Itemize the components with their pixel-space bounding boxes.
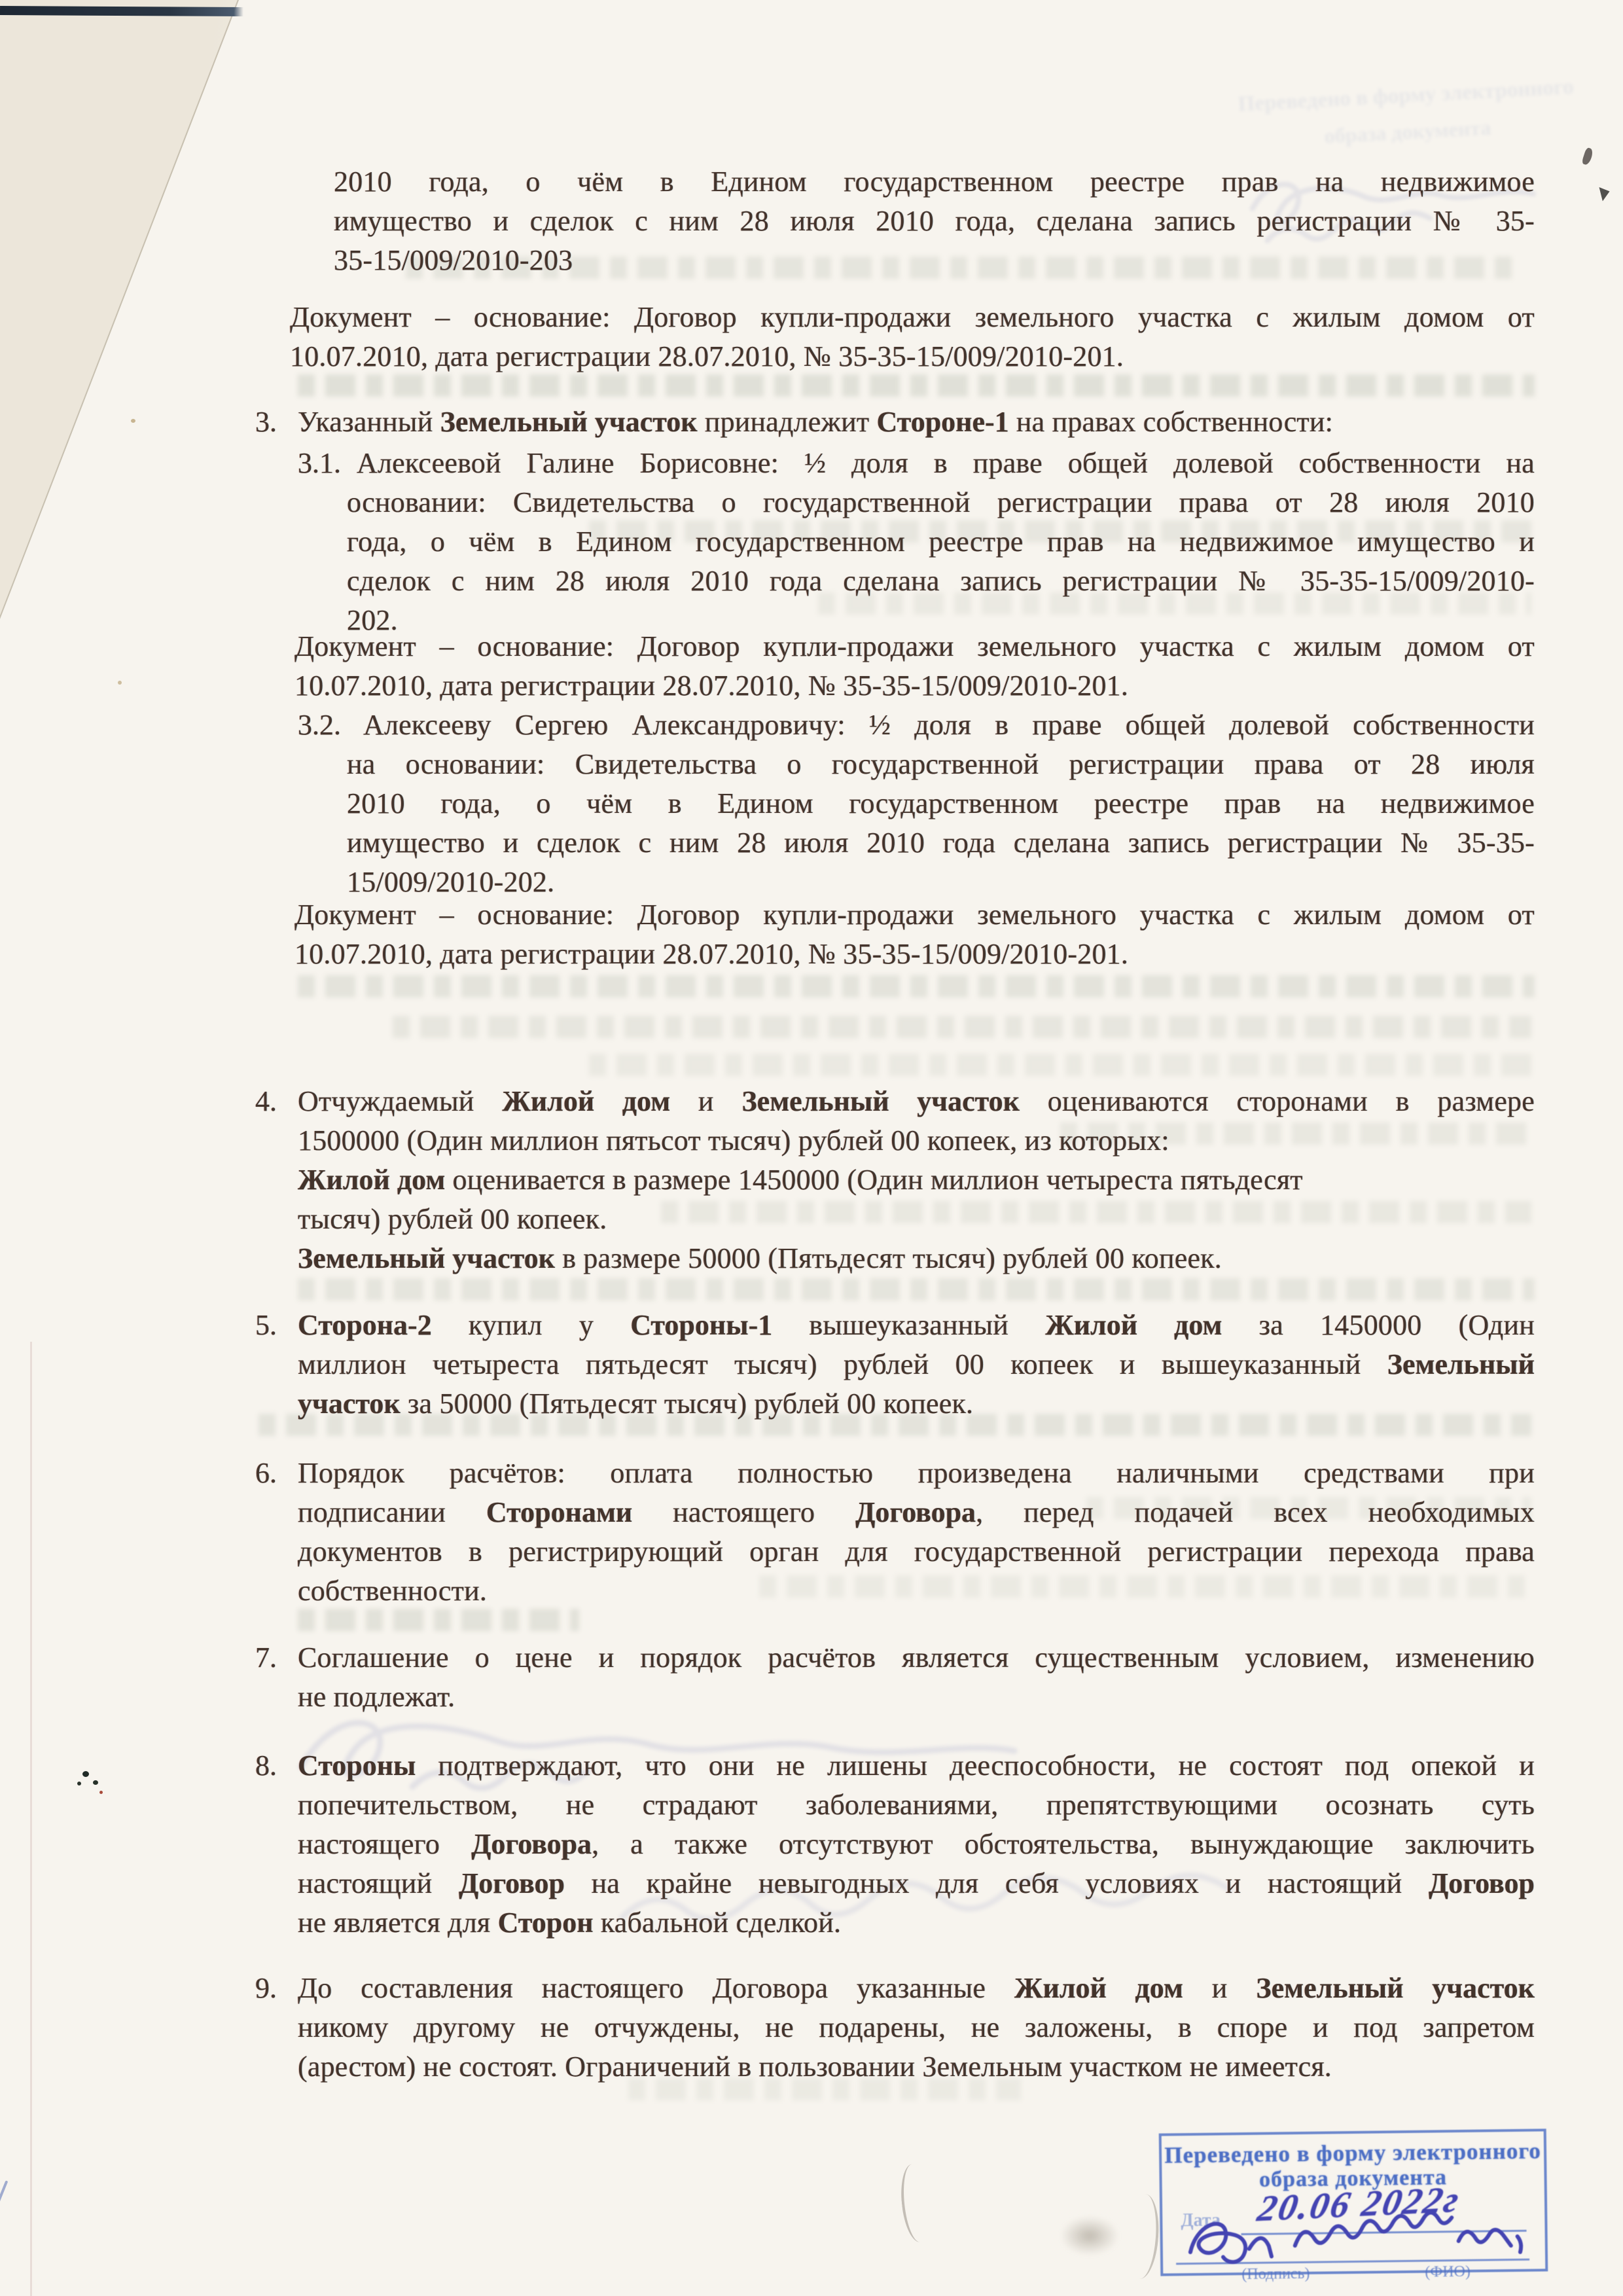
- pencil-paren-mark: [1124, 2193, 1162, 2280]
- text-line: Жилой дом оценивается в размере 1450000 …: [298, 1160, 1535, 1200]
- text-line: Документ – основание: Договор купли-прод…: [294, 627, 1535, 666]
- text-line: года, о чём в Едином государственном рее…: [347, 522, 1535, 562]
- ink-speck: [93, 1780, 98, 1785]
- text-line: настоящего Договора, а также отсутствуют…: [298, 1825, 1535, 1864]
- item-number: 3.2.: [298, 706, 341, 745]
- text-line: До составления настоящего Договора указа…: [298, 1969, 1535, 2008]
- item-number: 6.: [255, 1454, 277, 1493]
- smudge: [1060, 2216, 1119, 2255]
- handwritten-signature-icon: [1170, 2208, 1535, 2267]
- text-line: миллион четыреста пятьдесят тысяч) рубле…: [298, 1345, 1535, 1384]
- scanned-contract-page: Переведено в форму электронного образа д…: [0, 0, 1623, 2296]
- bleed-through-line: [298, 1278, 1535, 1300]
- bleed-through-line: [298, 374, 1535, 397]
- item-number: 5.: [255, 1306, 277, 1345]
- bleed-through-line: [298, 1609, 579, 1631]
- text-line: 1500000 (Один миллион пятьсот тысяч) руб…: [298, 1121, 1535, 1160]
- scanner-background-wedge: [0, 0, 242, 622]
- text-line: никому другому не отчуждены, не подарены…: [298, 2008, 1535, 2047]
- paper-crease: [30, 1342, 32, 2296]
- text-line: Указанный Земельный участок принадлежит …: [298, 403, 1535, 442]
- text-line: не подлежат.: [298, 1677, 1535, 1717]
- item-number: 3.1.: [298, 444, 341, 483]
- text-line: Земельный участок в размере 50000 (Пятьд…: [298, 1239, 1535, 1278]
- ink-speck: [77, 1782, 81, 1785]
- text-line: 10.07.2010, дата регистрации 28.07.2010,…: [294, 935, 1535, 974]
- bleed-through-line: [298, 975, 1535, 997]
- stamp-signature-row: [1171, 2230, 1535, 2267]
- text-line: не является для Сторон кабальной сделкой…: [298, 1903, 1535, 1943]
- text-line: собственности.: [298, 1571, 1535, 1611]
- text-line: (арестом) не состоят. Ограничений в поль…: [298, 2047, 1535, 2087]
- item-number: 9.: [255, 1969, 277, 2008]
- text-line: настоящий Договор на крайне невыгодных д…: [298, 1864, 1535, 1903]
- paper-speck: [118, 681, 122, 685]
- paper-speck: [131, 419, 135, 423]
- pencil-paren-mark: [898, 2162, 935, 2244]
- text-line: имущество и сделок с ним 28 июля 2010 го…: [347, 823, 1535, 863]
- bleed-through-line: [589, 1054, 1531, 1076]
- stray-ink-mark: [1599, 185, 1612, 202]
- item-number: 8.: [255, 1746, 277, 1785]
- text-line: Порядок расчётов: оплата полностью произ…: [298, 1454, 1535, 1493]
- fio-caption: (ФИО): [1425, 2263, 1471, 2282]
- stray-pen-mark: [0, 2180, 8, 2215]
- signature-caption: (Подпись): [1241, 2265, 1310, 2284]
- text-line: Соглашение о цене и порядок расчётов явл…: [298, 1638, 1535, 1677]
- scan-edge-shadow: [0, 6, 243, 16]
- text-line: Сторона-2 купил у Стороны-1 вышеуказанны…: [298, 1306, 1535, 1345]
- text-line: Документ – основание: Договор купли-прод…: [294, 895, 1535, 935]
- text-line: Алексеевой Галине Борисовне: ½ доля в пр…: [357, 444, 1535, 483]
- text-line: 10.07.2010, дата регистрации 28.07.2010,…: [294, 666, 1535, 706]
- ghost-stamp-text: Переведено в форму электронного: [1221, 74, 1592, 118]
- text-line: сделок с ним 28 июля 2010 года сделана з…: [347, 562, 1535, 601]
- text-line: Документ – основание: Договор купли-прод…: [290, 298, 1535, 337]
- text-line: имущество и сделок с ним 28 июля 2010 го…: [334, 202, 1535, 241]
- text-line: 2010 года, о чём в Едином государственно…: [347, 784, 1535, 823]
- bleed-through-line: [393, 1016, 1531, 1038]
- text-line: документов в регистрирующий орган для го…: [298, 1532, 1535, 1571]
- item-number: 4.: [255, 1082, 277, 1121]
- certification-stamp: Переведено в форму электронного образа д…: [1159, 2128, 1548, 2276]
- text-line: попечительством, не страдают заболевания…: [298, 1785, 1535, 1825]
- text-line: основании: Свидетельства о государственн…: [347, 483, 1535, 522]
- text-line: участок за 50000 (Пятьдесят тысяч) рубле…: [298, 1384, 1535, 1424]
- text-line: Стороны подтверждают, что они не лишены …: [298, 1746, 1535, 1785]
- text-line: тысяч) рублей 00 копеек.: [298, 1200, 1535, 1239]
- ink-speck: [99, 1791, 103, 1794]
- text-line: на основании: Свидетельства о государств…: [347, 745, 1535, 784]
- item-number: 3.: [255, 403, 277, 442]
- text-line: подписании Сторонами настоящего Договора…: [298, 1493, 1535, 1532]
- ink-speck: [82, 1771, 89, 1777]
- text-line: 2010 года, о чём в Едином государственно…: [334, 162, 1535, 202]
- text-line: 10.07.2010, дата регистрации 28.07.2010,…: [290, 337, 1535, 376]
- text-line: 35-15/009/2010-203: [334, 241, 1535, 280]
- item-number: 7.: [255, 1638, 277, 1677]
- text-line: Алексееву Сергею Александровичу: ½ доля …: [363, 706, 1535, 745]
- stamp-line1: Переведено в форму электронного: [1162, 2138, 1544, 2168]
- text-line: Отчуждаемый Жилой дом и Земельный участо…: [298, 1082, 1535, 1121]
